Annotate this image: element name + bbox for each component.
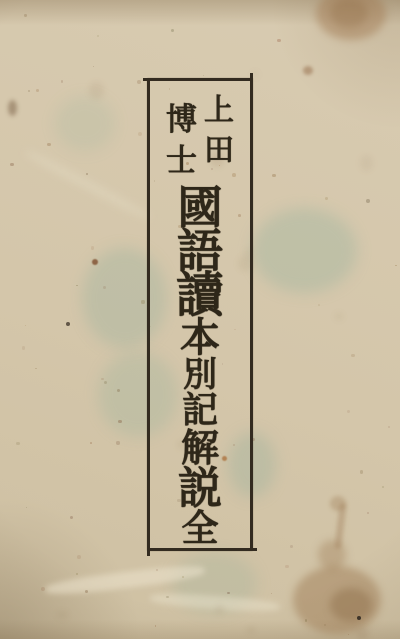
title-char: 讀 <box>176 273 224 319</box>
scuff-mark <box>45 562 206 597</box>
title-char: 別 <box>183 359 217 391</box>
author-char: 田 <box>204 131 234 171</box>
foxing-dot <box>66 322 70 326</box>
title-char: 記 <box>182 393 218 427</box>
author-title: 上 田 博 士 <box>166 91 234 182</box>
water-stain-bottom-right <box>318 540 346 570</box>
water-stain-trail <box>334 503 347 550</box>
foxing-dot <box>357 616 361 620</box>
water-stain-bottom-right <box>293 566 381 634</box>
frame-corner-tick <box>143 78 149 81</box>
title-frame: 上 田 博 士 國 語 讀 本 別 記 解 説 全 <box>147 78 253 551</box>
frame-corner-tick <box>147 550 150 556</box>
water-stain-trail <box>330 496 346 511</box>
teal-stain <box>55 96 115 151</box>
author-column-ueda: 上 田 <box>204 91 234 182</box>
frame-corner-tick <box>250 73 253 79</box>
volume-marker: 全 <box>182 510 219 547</box>
foxing-dot <box>303 66 313 75</box>
teal-stain <box>172 552 257 614</box>
scuff-mark <box>150 591 281 613</box>
author-char: 博 <box>166 100 197 141</box>
foxing-stain-top-right <box>316 0 386 40</box>
foxing-dot <box>92 259 98 265</box>
author-column-hakase: 博 士 <box>166 100 197 182</box>
main-title: 國 語 讀 本 別 記 解 説 <box>176 187 224 510</box>
teal-stain <box>252 208 357 293</box>
author-char: 士 <box>166 141 197 182</box>
edge-smudge <box>8 100 17 116</box>
title-char: 説 <box>178 468 222 510</box>
water-stain-bottom-right <box>330 588 372 622</box>
title-char: 解 <box>181 430 219 466</box>
frame-corner-tick <box>251 548 257 551</box>
crease-mark <box>24 148 152 223</box>
title-char: 本 <box>180 319 220 357</box>
foxing-stain-top-right <box>330 0 368 28</box>
author-char: 上 <box>204 91 234 131</box>
book-cover: 上 田 博 士 國 語 讀 本 別 記 解 説 全 <box>0 0 400 639</box>
